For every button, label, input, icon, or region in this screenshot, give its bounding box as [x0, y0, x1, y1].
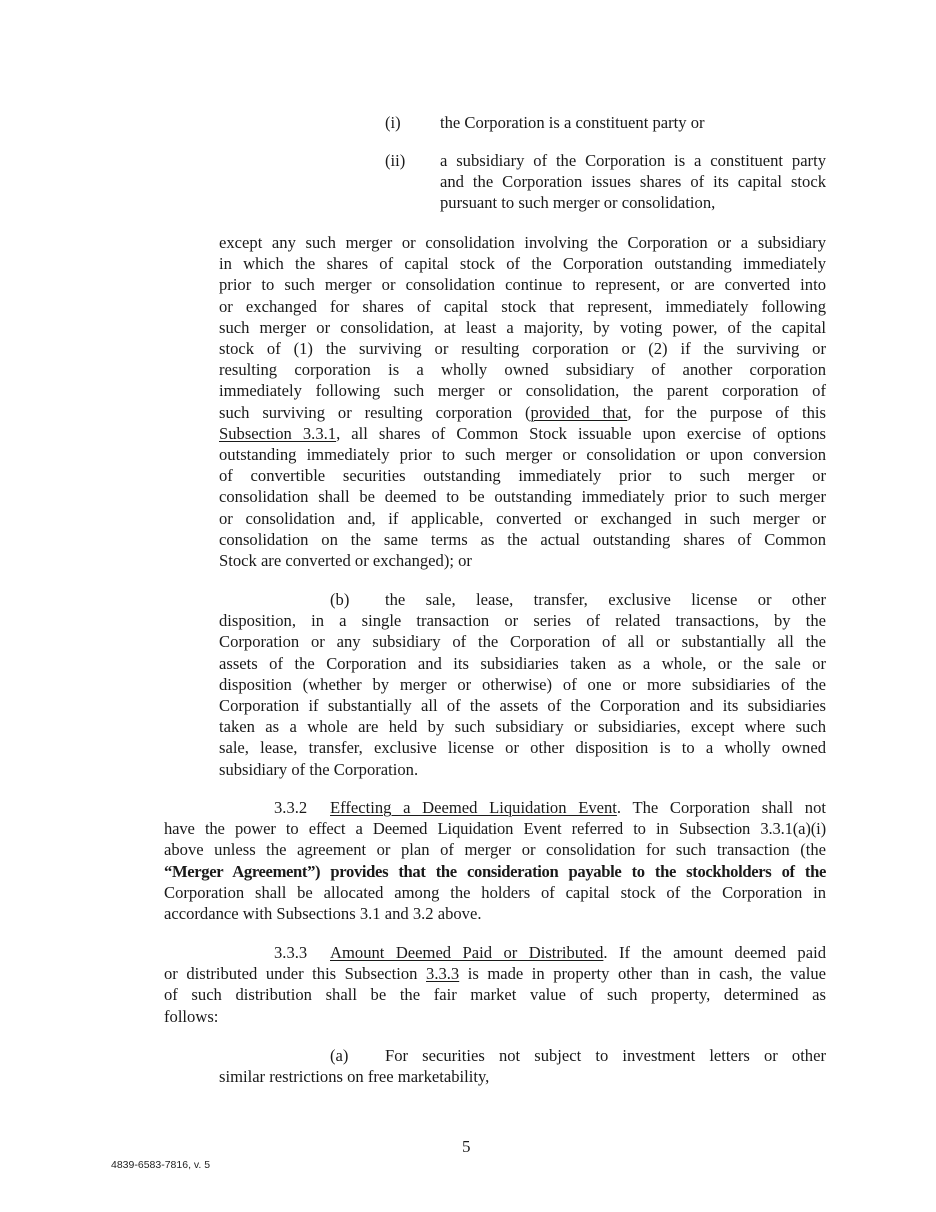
text-line: such merger or consolidation, at least a… [219, 317, 826, 338]
text-line: Corporation or any subsidiary of the Cor… [219, 631, 826, 652]
clause-a-first-line: (a) For securities not subject to invest… [219, 1045, 826, 1066]
text-line: a subsidiary of the Corporation is a con… [440, 150, 826, 171]
text-line: disposition (whether by merger or otherw… [219, 674, 826, 695]
document-id: 4839-6583-7816, v. 5 [111, 1159, 210, 1171]
text-line: of convertible securities outstanding im… [219, 465, 826, 486]
clause-a: (a) For securities not subject to invest… [219, 1045, 826, 1087]
text-line: disposition, in a single transaction or … [219, 610, 826, 631]
section-first-line: 3.3.3 Amount Deemed Paid or Distributed.… [164, 942, 826, 963]
clause-label: (a) [330, 1045, 348, 1066]
text-run: is made in property other than in cash, … [459, 964, 826, 983]
subsection-reference: Subsection 3.3.1 [219, 424, 336, 443]
merger-agreement-line: “Merger Agreement”) provides that the co… [164, 861, 826, 882]
section-number: 3.3.3 [274, 942, 307, 963]
text-line: Corporation shall be allocated among the… [164, 882, 826, 903]
text-line: immediately following such merger or con… [219, 380, 826, 401]
clause-b-first-line: (b) the sale, lease, transfer, exclusive… [219, 589, 826, 610]
page-number: 5 [462, 1137, 471, 1157]
text-line: Subsection 3.3.1, all shares of Common S… [219, 423, 826, 444]
text-line: or consolidation and, if applicable, con… [219, 508, 826, 529]
list-label: (ii) [385, 150, 405, 171]
subsection-reference: 3.3.3 [426, 964, 459, 983]
text-line: prior to such merger or consolidation co… [219, 274, 826, 295]
text-line: sale, lease, transfer, exclusive license… [219, 737, 826, 758]
text-line: in which the shares of capital stock of … [219, 253, 826, 274]
text-run: such surviving or resulting corporation … [219, 403, 531, 422]
section-first-line: 3.3.2 Effecting a Deemed Liquidation Eve… [164, 797, 826, 818]
list-text: a subsidiary of the Corporation is a con… [440, 150, 826, 214]
text-line: pursuant to such merger or consolidation… [440, 192, 826, 213]
section-heading: Amount Deemed Paid or Distributed [330, 943, 603, 962]
text-line: above unless the agreement or plan of me… [164, 839, 826, 860]
text-line: For securities not subject to investment… [385, 1045, 826, 1066]
text-line: consolidation shall be deemed to be outs… [219, 486, 826, 507]
text-line: outstanding immediately prior to such me… [219, 444, 826, 465]
text-line: resulting corporation is a wholly owned … [219, 359, 826, 380]
section-number: 3.3.2 [274, 797, 307, 818]
list-label: (i) [385, 112, 401, 133]
provided-that-term: provided that [531, 403, 628, 422]
text-line: or distributed under this Subsection 3.3… [164, 963, 826, 984]
text-line: stock of (1) the surviving or resulting … [219, 338, 826, 359]
text-line: have the power to effect a Deemed Liquid… [164, 818, 826, 839]
text-line: Effecting a Deemed Liquidation Event. Th… [330, 797, 826, 818]
text-line: Corporation if substantially all of the … [219, 695, 826, 716]
text-run: , for the purpose of this [627, 403, 826, 422]
text-line: subsidiary of the Corporation. [219, 759, 826, 780]
section-3-3-3: 3.3.3 Amount Deemed Paid or Distributed.… [164, 942, 826, 1027]
text-run: , all shares of Common Stock issuable up… [336, 424, 826, 443]
text-line: assets of the Corporation and its subsid… [219, 653, 826, 674]
text-line: taken as a whole are held by such subsid… [219, 716, 826, 737]
text-line: follows: [164, 1006, 826, 1027]
section-3-3-2: 3.3.2 Effecting a Deemed Liquidation Eve… [164, 797, 826, 924]
text-line: consolidation on the same terms as the a… [219, 529, 826, 550]
text-run: . If the amount deemed paid [603, 943, 826, 962]
text-line: Amount Deemed Paid or Distributed. If th… [330, 942, 826, 963]
text-line: except any such merger or consolidation … [219, 232, 826, 253]
section-heading: Effecting a Deemed Liquidation Event [330, 798, 617, 817]
text-run: or distributed under this Subsection [164, 964, 426, 983]
text-line: accordance with Subsections 3.1 and 3.2 … [164, 903, 826, 924]
text-line: of such distribution shall be the fair m… [164, 984, 826, 1005]
text-line: such surviving or resulting corporation … [219, 402, 826, 423]
clause-label: (b) [330, 589, 349, 610]
clause-b: (b) the sale, lease, transfer, exclusive… [219, 589, 826, 780]
list-text: the Corporation is a constituent party o… [440, 112, 705, 133]
text-line: Stock are converted or exchanged); or [219, 550, 826, 571]
except-paragraph: except any such merger or consolidation … [219, 232, 826, 571]
text-run: . The Corporation shall not [617, 798, 826, 817]
text-line: similar restrictions on free marketabili… [219, 1066, 826, 1087]
text-line: and the Corporation issues shares of its… [440, 171, 826, 192]
document-page: (i) the Corporation is a constituent par… [0, 0, 936, 1212]
text-line: or exchanged for shares of capital stock… [219, 296, 826, 317]
text-line: the sale, lease, transfer, exclusive lic… [385, 589, 826, 610]
